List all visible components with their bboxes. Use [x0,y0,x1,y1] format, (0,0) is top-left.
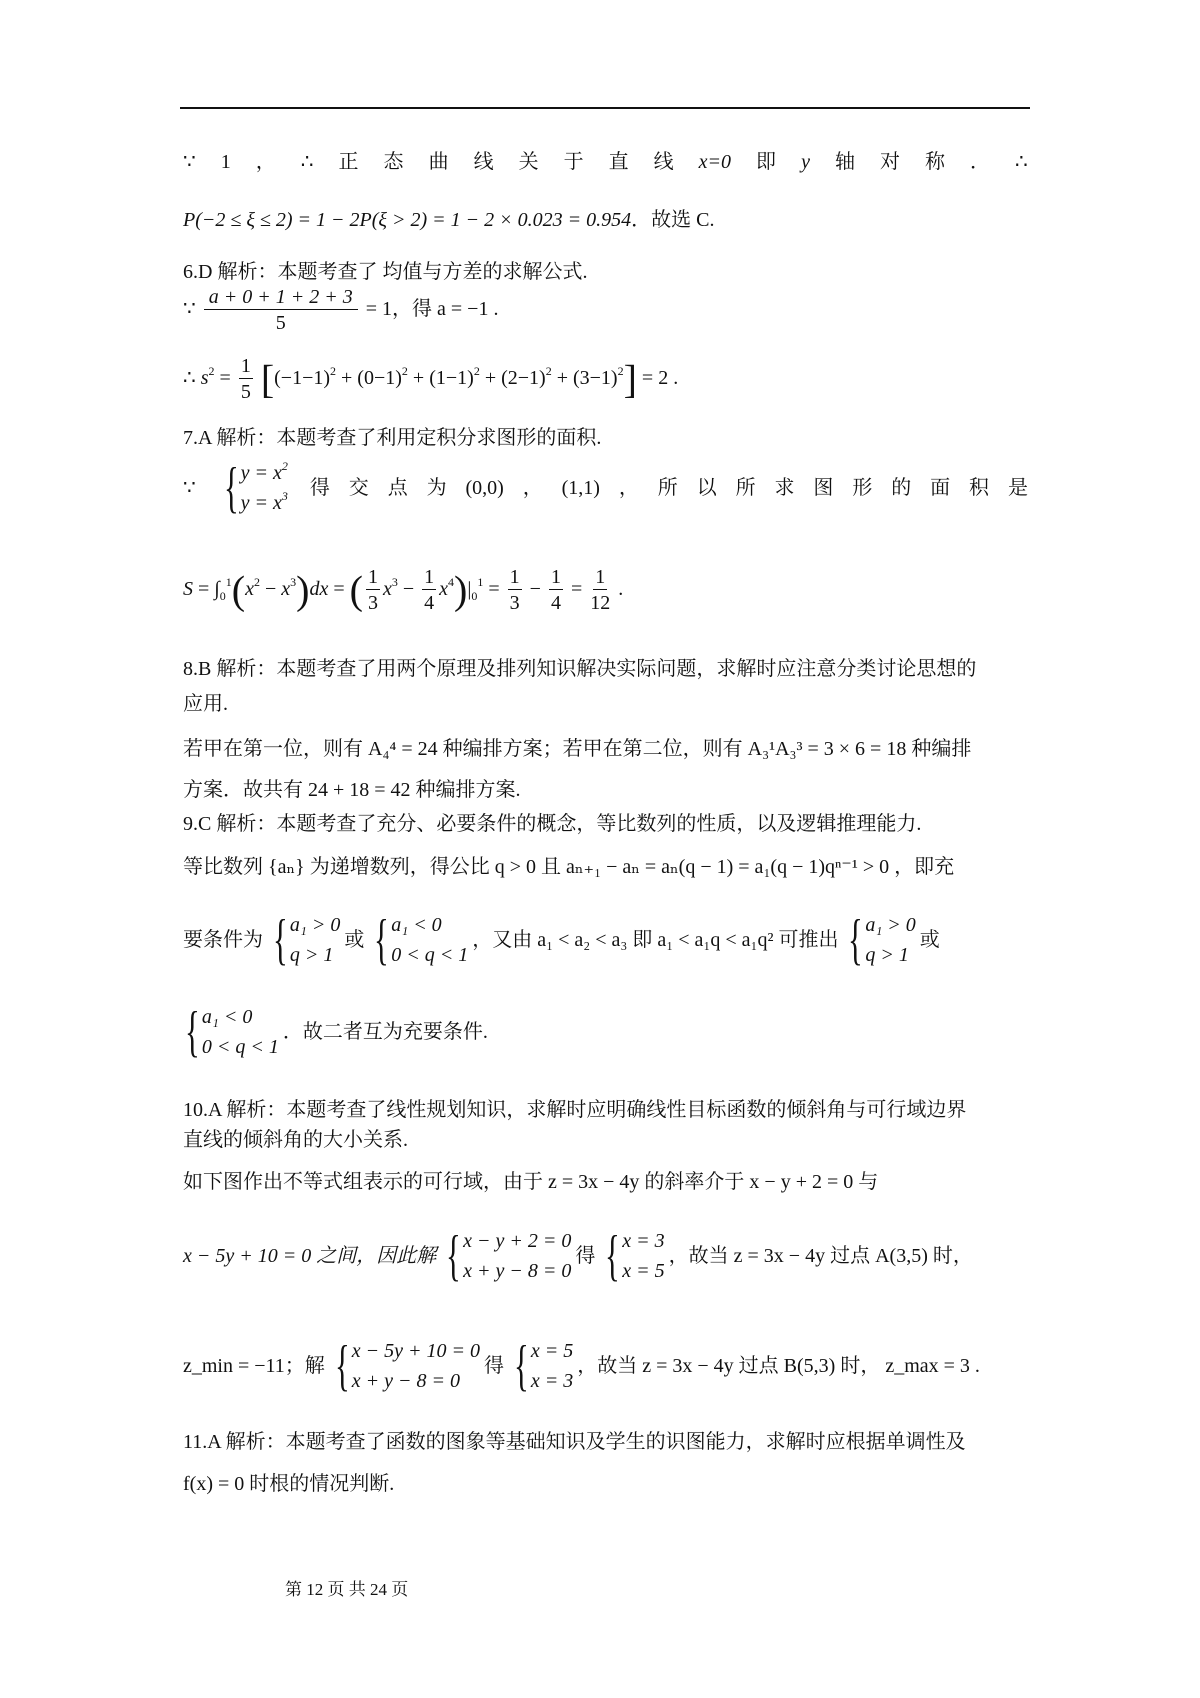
p5-token: ∴ [301,148,314,176]
p7-token: 求 [775,474,795,502]
p5-token: ， [256,148,276,176]
p7-token: 以 [697,474,717,502]
p10-body-line3: z_min = −11；解 {x − 5y + 10 = 0x + y − 8 … [183,1336,980,1396]
p6-mean-fraction: a + 0 + 1 + 2 + 3 5 [204,285,358,336]
p7-token: (1,1) [562,474,600,502]
p9-body-line1: 等比数列 {aₙ} 为递增数列，得公比 q > 0 且 aₙ₊₁ − aₙ = … [183,853,954,881]
p5-token: 曲 [429,148,449,176]
p7-token: 为 [427,474,447,502]
p5-token: 1 [221,148,231,176]
p7-token: 点 [388,474,408,502]
p5-line2: P(−2 ≤ ξ ≤ 2) = 1 − 2P(ξ > 2) = 1 − 2 × … [183,206,714,234]
p7-token: ， [523,474,543,502]
p5-token: y [801,148,810,176]
p7-token: 积 [969,474,989,502]
p5-token: 关 [519,148,539,176]
p10-body-line1: 如下图作出不等式组表示的可行域，由于 z = 3x − 4y 的斜率介于 x −… [183,1168,878,1196]
p5-token: ． [970,148,990,176]
p5-token: 线 [474,148,494,176]
p8-body-line2: 方案．故共有 24 + 18 = 42 种编排方案. [183,776,521,804]
p8-heading-line2: 应用. [183,690,228,718]
p5-answer: ．故选 C. [631,209,714,231]
p5-formula: P(−2 ≤ ξ ≤ 2) = 1 − 2P(ξ > 2) = 1 − 2 × … [183,209,631,231]
p7-token: 所 [658,474,678,502]
p5-token: 于 [564,148,584,176]
p7-area: S = ∫01(x2 − x3)dx = (13x3 − 14x4)|01 = … [183,565,623,616]
p7-token: 的 [891,474,911,502]
p7-token: 图 [813,474,833,502]
p7-token: 得 [310,474,330,502]
p11-heading-line2: f(x) = 0 时根的情况判断. [183,1470,394,1498]
p5-token: 线 [654,148,674,176]
p7-heading: 7.A 解析：本题考查了利用定积分求图形的面积. [183,424,601,452]
p5-token: x=0 [699,148,731,176]
p9-heading: 9.C 解析：本题考查了充分、必要条件的概念，等比数列的性质，以及逻辑推理能力. [183,810,921,838]
p5-token: 对 [880,148,900,176]
p6-heading: 6.D 解析：本题考查了 均值与方差的求解公式. [183,258,587,286]
p6-mean: ∵ a + 0 + 1 + 2 + 3 5 = 1，得 a = −1 . [183,285,498,336]
p5-token: 轴 [835,148,855,176]
p5-token: 直 [609,148,629,176]
p5-token: 即 [756,148,776,176]
p10-body-line2: x − 5y + 10 = 0 之间，因此解 {x − y + 2 = 0x +… [183,1226,973,1286]
p5-token: 正 [339,148,359,176]
p7-token: 交 [349,474,369,502]
p10-heading-line1: 10.A 解析：本题考查了线性规划知识，求解时应明确线性目标函数的倾斜角与可行域… [183,1096,966,1124]
header-rule [180,107,1030,109]
p5-token: 态 [384,148,404,176]
p5-token: 称 [925,148,945,176]
p7-intersection: ∵ { y = x2 y = x3 得交点为(0,0)，(1,1)，所以所求图形… [183,458,1028,518]
p5-token: ∴ [1015,148,1028,176]
p7-system: { y = x2 y = x3 [218,458,288,518]
p8-body-line1: 若甲在第一位，则有 A₄⁴ = 24 种编排方案；若甲在第二位，则有 A₃¹A₃… [183,735,971,763]
p5-token: ∵ [183,148,196,176]
p9-conditions: 要条件为 {a₁ > 0q > 1 或 {a₁ < 00 < q < 1 ，又由… [183,910,940,970]
p9-conclusion: {a₁ < 00 < q < 1 ．故二者互为充要条件. [183,1002,488,1062]
p7-token: 所 [736,474,756,502]
p7-token: 是 [1008,474,1028,502]
p8-heading-line1: 8.B 解析：本题考查了用两个原理及排列知识解决实际问题，求解时应注意分类讨论思… [183,655,976,683]
p11-heading-line1: 11.A 解析：本题考查了函数的图象等基础知识及学生的识图能力，求解时应根据单调… [183,1428,966,1456]
p10-heading-line2: 直线的倾斜角的大小关系. [183,1126,408,1154]
p7-token: ， [619,474,639,502]
p7-token: 面 [930,474,950,502]
p7-token: (0,0) [466,474,504,502]
page-footer: 第 12 页 共 24 页 [285,1575,408,1600]
p7-token: 形 [852,474,872,502]
p6-variance: ∴ s2 = 15 [(−1−1)2 + (0−1)2 + (1−1)2 + (… [183,354,678,405]
p7-intersection-words: 得交点为(0,0)，(1,1)，所以所求图形的面积是 [310,474,1028,502]
p5-line1: ∵1，∴正态曲线关于直线x=0即y轴对称．∴ [183,148,1028,176]
